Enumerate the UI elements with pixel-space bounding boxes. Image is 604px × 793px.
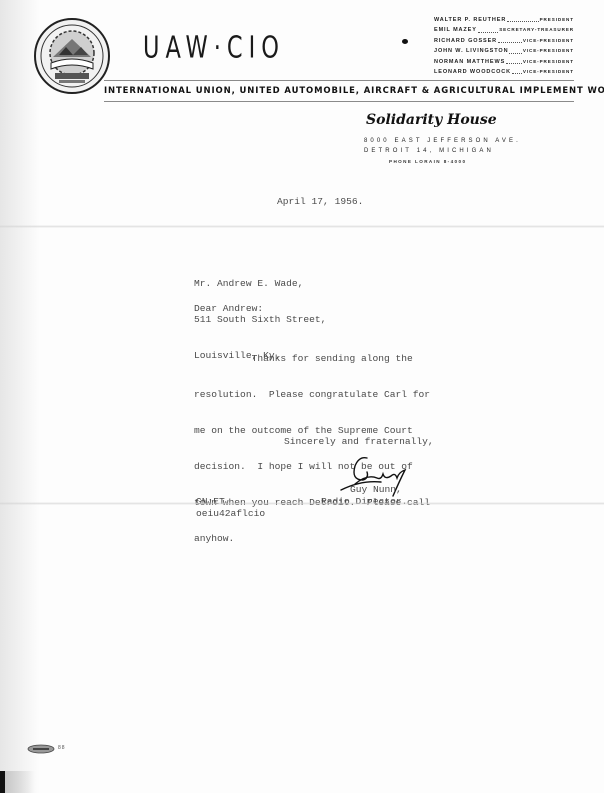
officer-name: NORMAN MATTHEWS bbox=[434, 57, 505, 67]
union-full-name: INTERNATIONAL UNION, UNITED AUTOMOBILE, … bbox=[104, 86, 567, 96]
officer-row: WALTER P. REUTHERPRESIDENT bbox=[434, 15, 574, 25]
body-line: anyhow. bbox=[194, 533, 430, 545]
house-name: Solidarity House bbox=[366, 112, 497, 128]
officer-title: VICE-PRESIDENT bbox=[523, 67, 574, 77]
letterhead-address: 8000 EAST JEFFERSON AVE. DETROIT 14, MIC… bbox=[364, 136, 521, 156]
officer-title: VICE-PRESIDENT bbox=[523, 46, 574, 56]
recipient-street: 511 South Sixth Street, bbox=[194, 314, 326, 326]
stray-ink-mark bbox=[402, 39, 408, 44]
scan-edge-fade bbox=[5, 771, 35, 793]
officer-title: SECRETARY-TREASURER bbox=[499, 25, 574, 35]
officer-name: LEONARD WOODCOCK bbox=[434, 67, 511, 77]
body-line: resolution. Please congratulate Carl for bbox=[194, 389, 430, 401]
officer-row: RICHARD GOSSERVICE-PRESIDENT bbox=[434, 36, 574, 46]
officer-row: JOHN W. LIVINGSTONVICE-PRESIDENT bbox=[434, 46, 574, 56]
officer-name: JOHN W. LIVINGSTON bbox=[434, 46, 508, 56]
union-label-icon bbox=[27, 744, 55, 754]
closing: Sincerely and fraternally, bbox=[284, 436, 434, 448]
address-line-1: 8000 EAST JEFFERSON AVE. bbox=[364, 136, 521, 146]
recipient-name: Mr. Andrew E. Wade, bbox=[194, 278, 326, 290]
officer-row: LEONARD WOODCOCKVICE-PRESIDENT bbox=[434, 67, 574, 77]
org-title: UAW·CIO bbox=[143, 30, 285, 65]
officer-name: EMIL MAZEY bbox=[434, 25, 477, 35]
reference-code: oeiu42aflcio bbox=[196, 508, 265, 520]
letterhead-rule-top bbox=[104, 80, 574, 81]
body-line: Thanks for sending along the bbox=[194, 353, 430, 365]
paper-fold bbox=[0, 225, 604, 228]
scan-edge-shadow bbox=[0, 0, 40, 793]
paper-fold bbox=[0, 502, 604, 505]
salutation: Dear Andrew: bbox=[194, 303, 263, 315]
officer-name: RICHARD GOSSER bbox=[434, 36, 497, 46]
officer-row: EMIL MAZEYSECRETARY-TREASURER bbox=[434, 25, 574, 35]
uaw-seal-logo bbox=[33, 17, 111, 95]
letterhead-rule-bottom bbox=[104, 101, 574, 102]
signer-name: Guy Nunn, bbox=[350, 484, 402, 496]
union-label-number: 88 bbox=[58, 745, 66, 751]
officer-row: NORMAN MATTHEWSVICE-PRESIDENT bbox=[434, 57, 574, 67]
officer-title: VICE-PRESIDENT bbox=[523, 57, 574, 67]
letter-date: April 17, 1956. bbox=[277, 196, 363, 208]
letterhead-phone: PHONE LORAIN 8-4000 bbox=[389, 159, 466, 164]
officer-title: VICE-PRESIDENT bbox=[523, 36, 574, 46]
officer-title: PRESIDENT bbox=[540, 15, 574, 25]
officer-name: WALTER P. REUTHER bbox=[434, 15, 506, 25]
address-line-2: DETROIT 14, MICHIGAN bbox=[364, 146, 521, 156]
officers-list: WALTER P. REUTHERPRESIDENT EMIL MAZEYSEC… bbox=[434, 15, 574, 77]
